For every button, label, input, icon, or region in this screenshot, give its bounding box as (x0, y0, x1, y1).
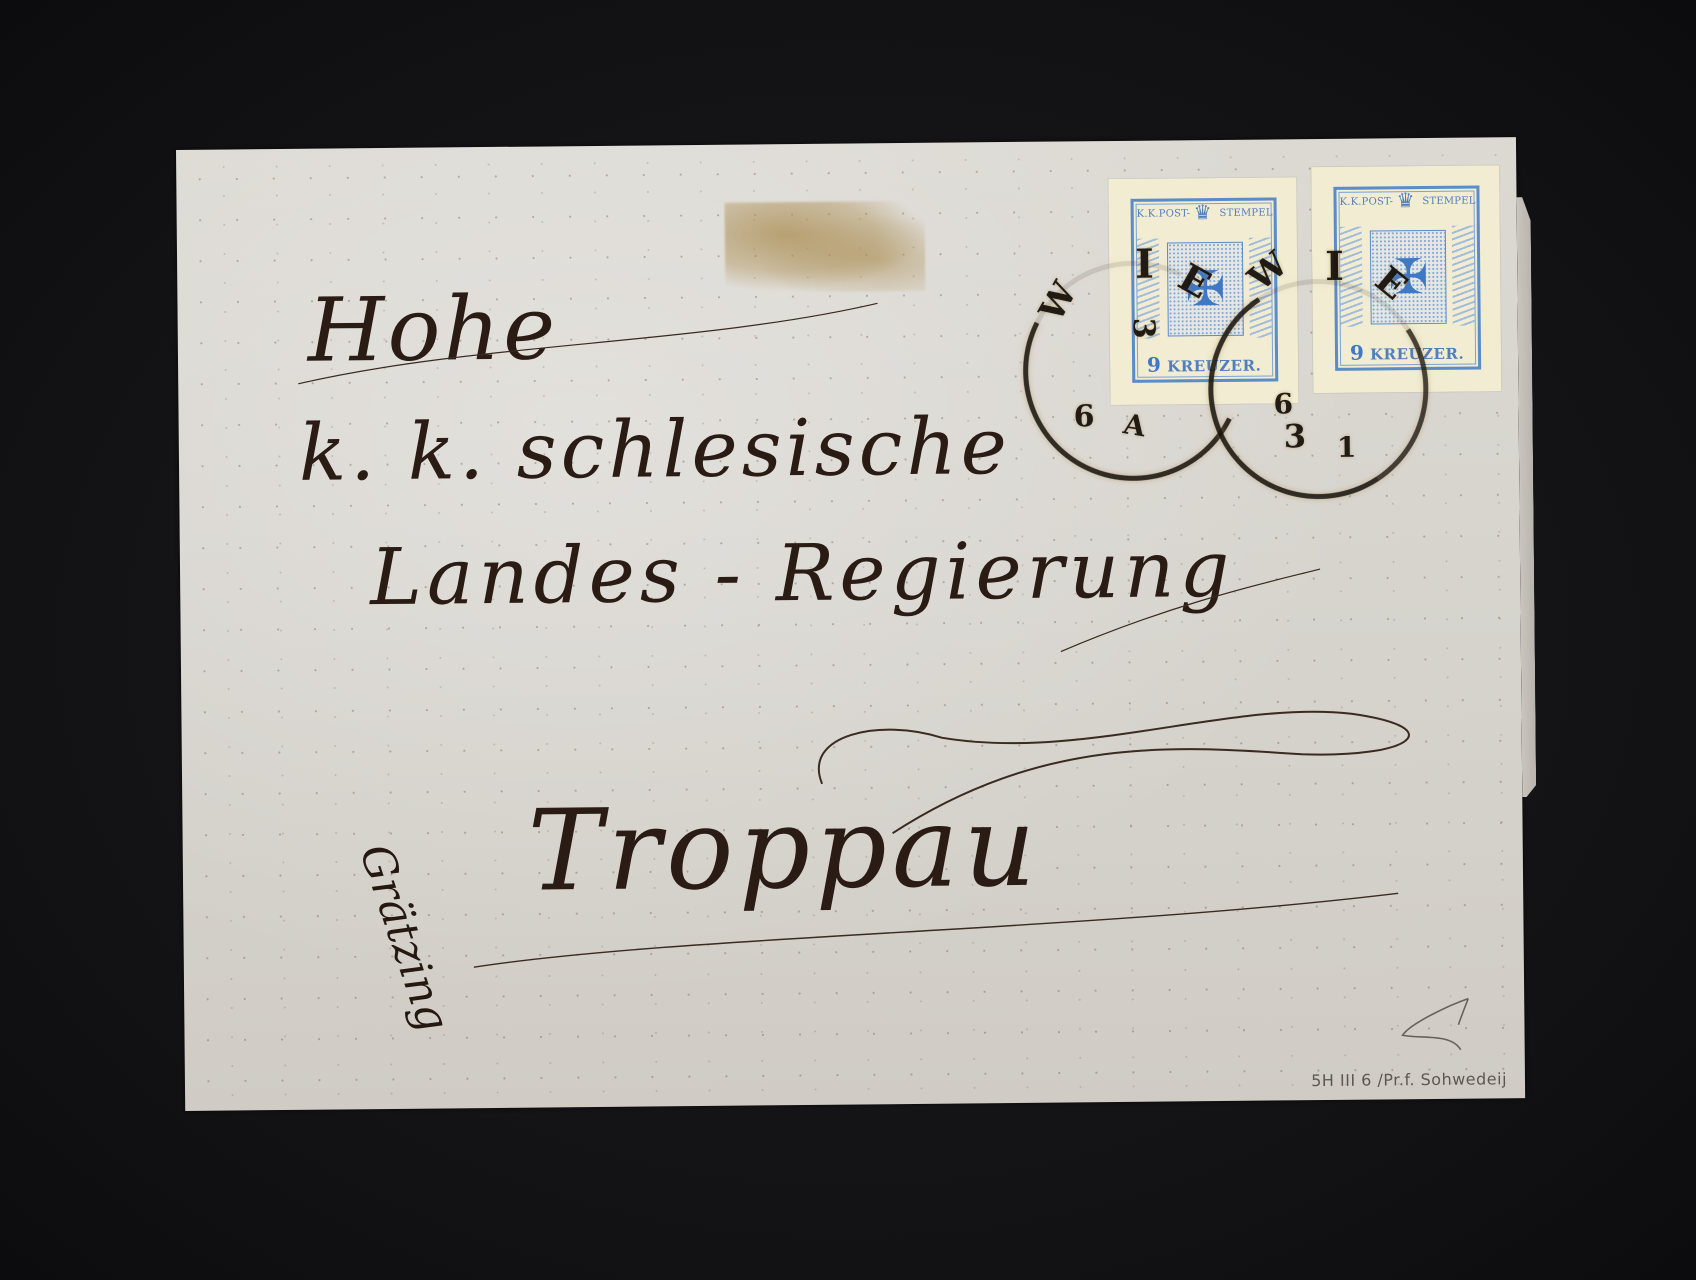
ink-stain (725, 201, 926, 293)
postmark-date: 1 (1337, 431, 1357, 464)
pencil-signature-mark (1390, 995, 1481, 1066)
postmark-letter: I (1325, 243, 1344, 290)
postmark-date: 3 (1284, 417, 1307, 455)
postmark-date: 6 (1073, 399, 1094, 434)
sender-side-note: Grätzing (349, 838, 459, 1038)
stamp-top-right-text: STEMPEL (1219, 207, 1272, 219)
stamp-top-left-text: K.K.POST- (1340, 196, 1394, 208)
address-line-honorific: Hohe (307, 276, 558, 381)
letter-cover: K.K.POST- STEMPEL ♛ ✠ 9 KREUZER. K.K.POS… (176, 137, 1525, 1111)
pencil-certification-note: 5H III 6 /Pr.f. Sohwedeij (1311, 1069, 1507, 1090)
stamp-top-left-text: K.K.POST- (1137, 208, 1191, 220)
address-city: Troppau (527, 782, 1041, 917)
crown-icon: ♛ (1190, 202, 1216, 222)
foliage-right-icon (1452, 226, 1475, 326)
stamp-top-right-text: STEMPEL (1422, 196, 1475, 208)
crown-icon: ♛ (1392, 190, 1418, 210)
address-line-authority: k. k. schlesische (298, 402, 1011, 499)
address-line-office: Landes - Regierung (370, 525, 1235, 623)
postmark-date: 6 (1273, 387, 1293, 420)
postmark-letter: I (1135, 241, 1154, 288)
postmark-date: 3 (1126, 318, 1161, 339)
